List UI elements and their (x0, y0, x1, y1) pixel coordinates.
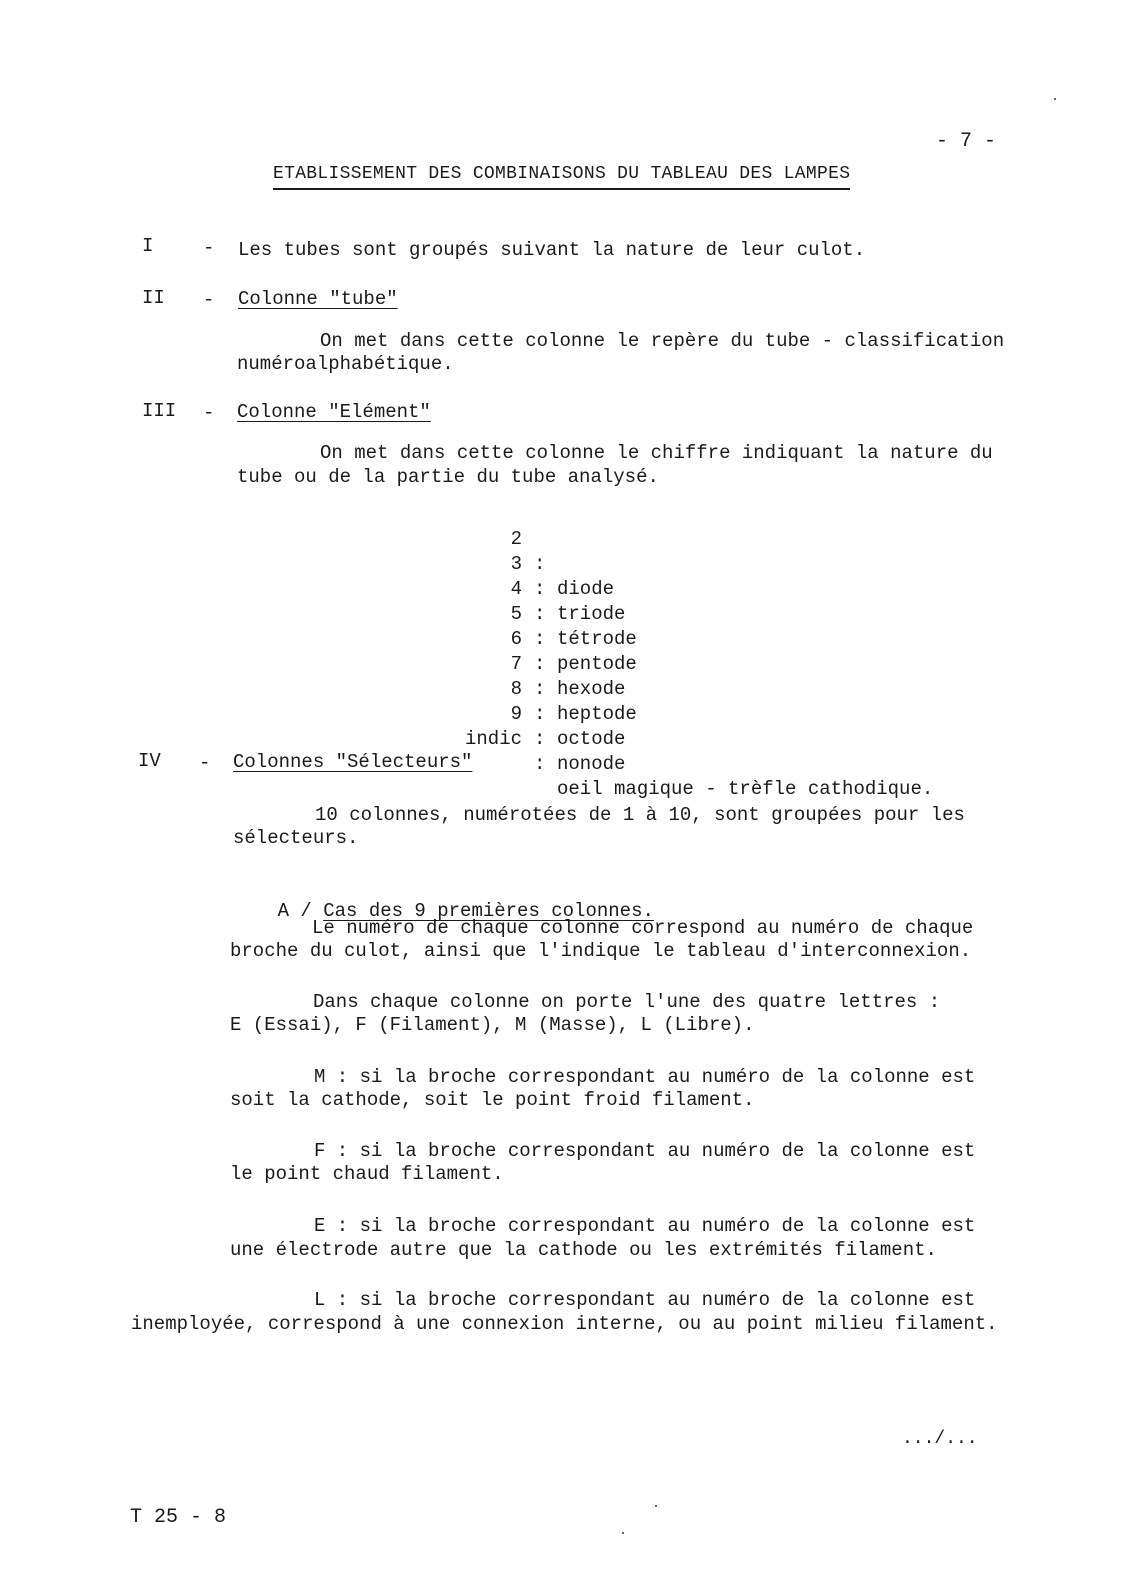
letter-f-line1: F : si la broche correspondant au numéro… (314, 1139, 975, 1163)
section-4-numeral: IV (138, 749, 161, 773)
legend-code: indic (452, 727, 522, 752)
section-3-heading: Colonne "Elément" (237, 400, 431, 424)
letter-m-line2: soit la cathode, soit le point froid fil… (230, 1088, 755, 1112)
legend-label: triode (557, 602, 625, 627)
letter-f-line2: le point chaud filament. (230, 1162, 504, 1186)
pin-number-para-line1: Le numéro de chaque colonne correspond a… (312, 916, 973, 940)
legend-colon: : (534, 677, 545, 702)
section-3-numeral: III (142, 399, 176, 423)
section-2-dash: - (203, 288, 214, 312)
section-2-para-line2: numéroalphabétique. (237, 352, 454, 376)
section-2-para-line1: On met dans cette colonne le repère du t… (320, 329, 1004, 353)
legend-label: heptode (557, 702, 637, 727)
letters-para-line1: Dans chaque colonne on porte l'une des q… (313, 990, 940, 1014)
pin-number-para-line2: broche du culot, ainsi que l'indique le … (230, 939, 971, 963)
legend-code: 2 (452, 527, 522, 552)
legend-label: hexode (557, 677, 625, 702)
continuation-mark: .../... (902, 1427, 978, 1451)
legend-label: nonode (557, 752, 625, 777)
legend-row: indic : oeil magique - trèfle cathodique… (0, 702, 68, 827)
legend-label: pentode (557, 652, 637, 677)
legend-colon: : (534, 652, 545, 677)
letter-e-line1: E : si la broche correspondant au numéro… (314, 1214, 975, 1238)
legend-colon: : (534, 627, 545, 652)
legend-label: diode (557, 577, 614, 602)
letter-e-line2: une électrode autre que la cathode ou le… (230, 1238, 937, 1262)
page-title: ETABLISSEMENT DES COMBINAISONS DU TABLEA… (273, 162, 850, 190)
section-1-text: Les tubes sont groupés suivant la nature… (238, 238, 865, 262)
legend-colon: : (534, 727, 545, 752)
legend-code: 7 (452, 652, 522, 677)
section-2-numeral: II (142, 286, 165, 310)
legend-code: 5 (452, 602, 522, 627)
document-reference: T 25 - 8 (130, 1506, 226, 1530)
section-4-heading: Colonnes "Sélecteurs" (233, 750, 472, 774)
section-4-para-line2: sélecteurs. (233, 826, 358, 850)
section-3-dash: - (203, 401, 214, 425)
legend-colon: : (534, 602, 545, 627)
scan-speck (622, 1532, 624, 1534)
scan-speck (655, 1505, 657, 1507)
letter-m-line1: M : si la broche correspondant au numéro… (314, 1065, 975, 1089)
legend-label: octode (557, 727, 625, 752)
page-number: - 7 - (936, 130, 996, 154)
letter-l-line2: inemployée, correspond à une connexion i… (131, 1312, 998, 1336)
section-3-para-line2: tube ou de la partie du tube analysé. (237, 465, 659, 489)
legend-code: 3 (452, 552, 522, 577)
legend-label: oeil magique - trèfle cathodique. (557, 777, 933, 802)
legend-code: 8 (452, 677, 522, 702)
legend-code: 4 (452, 577, 522, 602)
scan-speck (1054, 98, 1056, 100)
section-4-dash: - (199, 751, 210, 775)
section-4-para-line1: 10 colonnes, numérotées de 1 à 10, sont … (315, 803, 965, 827)
letter-l-line1: L : si la broche correspondant au numéro… (314, 1288, 975, 1312)
section-1-dash: - (203, 236, 214, 260)
section-3-para-line1: On met dans cette colonne le chiffre ind… (320, 441, 993, 465)
legend-code: 6 (452, 627, 522, 652)
legend-colon: : (534, 702, 545, 727)
legend-label: tétrode (557, 627, 637, 652)
legend-colon: : (534, 752, 545, 777)
section-2-heading: Colonne "tube" (238, 287, 398, 311)
legend-code: 9 (452, 702, 522, 727)
legend-colon: : (534, 577, 545, 602)
legend-colon: : (534, 552, 545, 577)
letters-para-line2: E (Essai), F (Filament), M (Masse), L (L… (230, 1013, 755, 1037)
section-1-numeral: I (142, 234, 153, 258)
